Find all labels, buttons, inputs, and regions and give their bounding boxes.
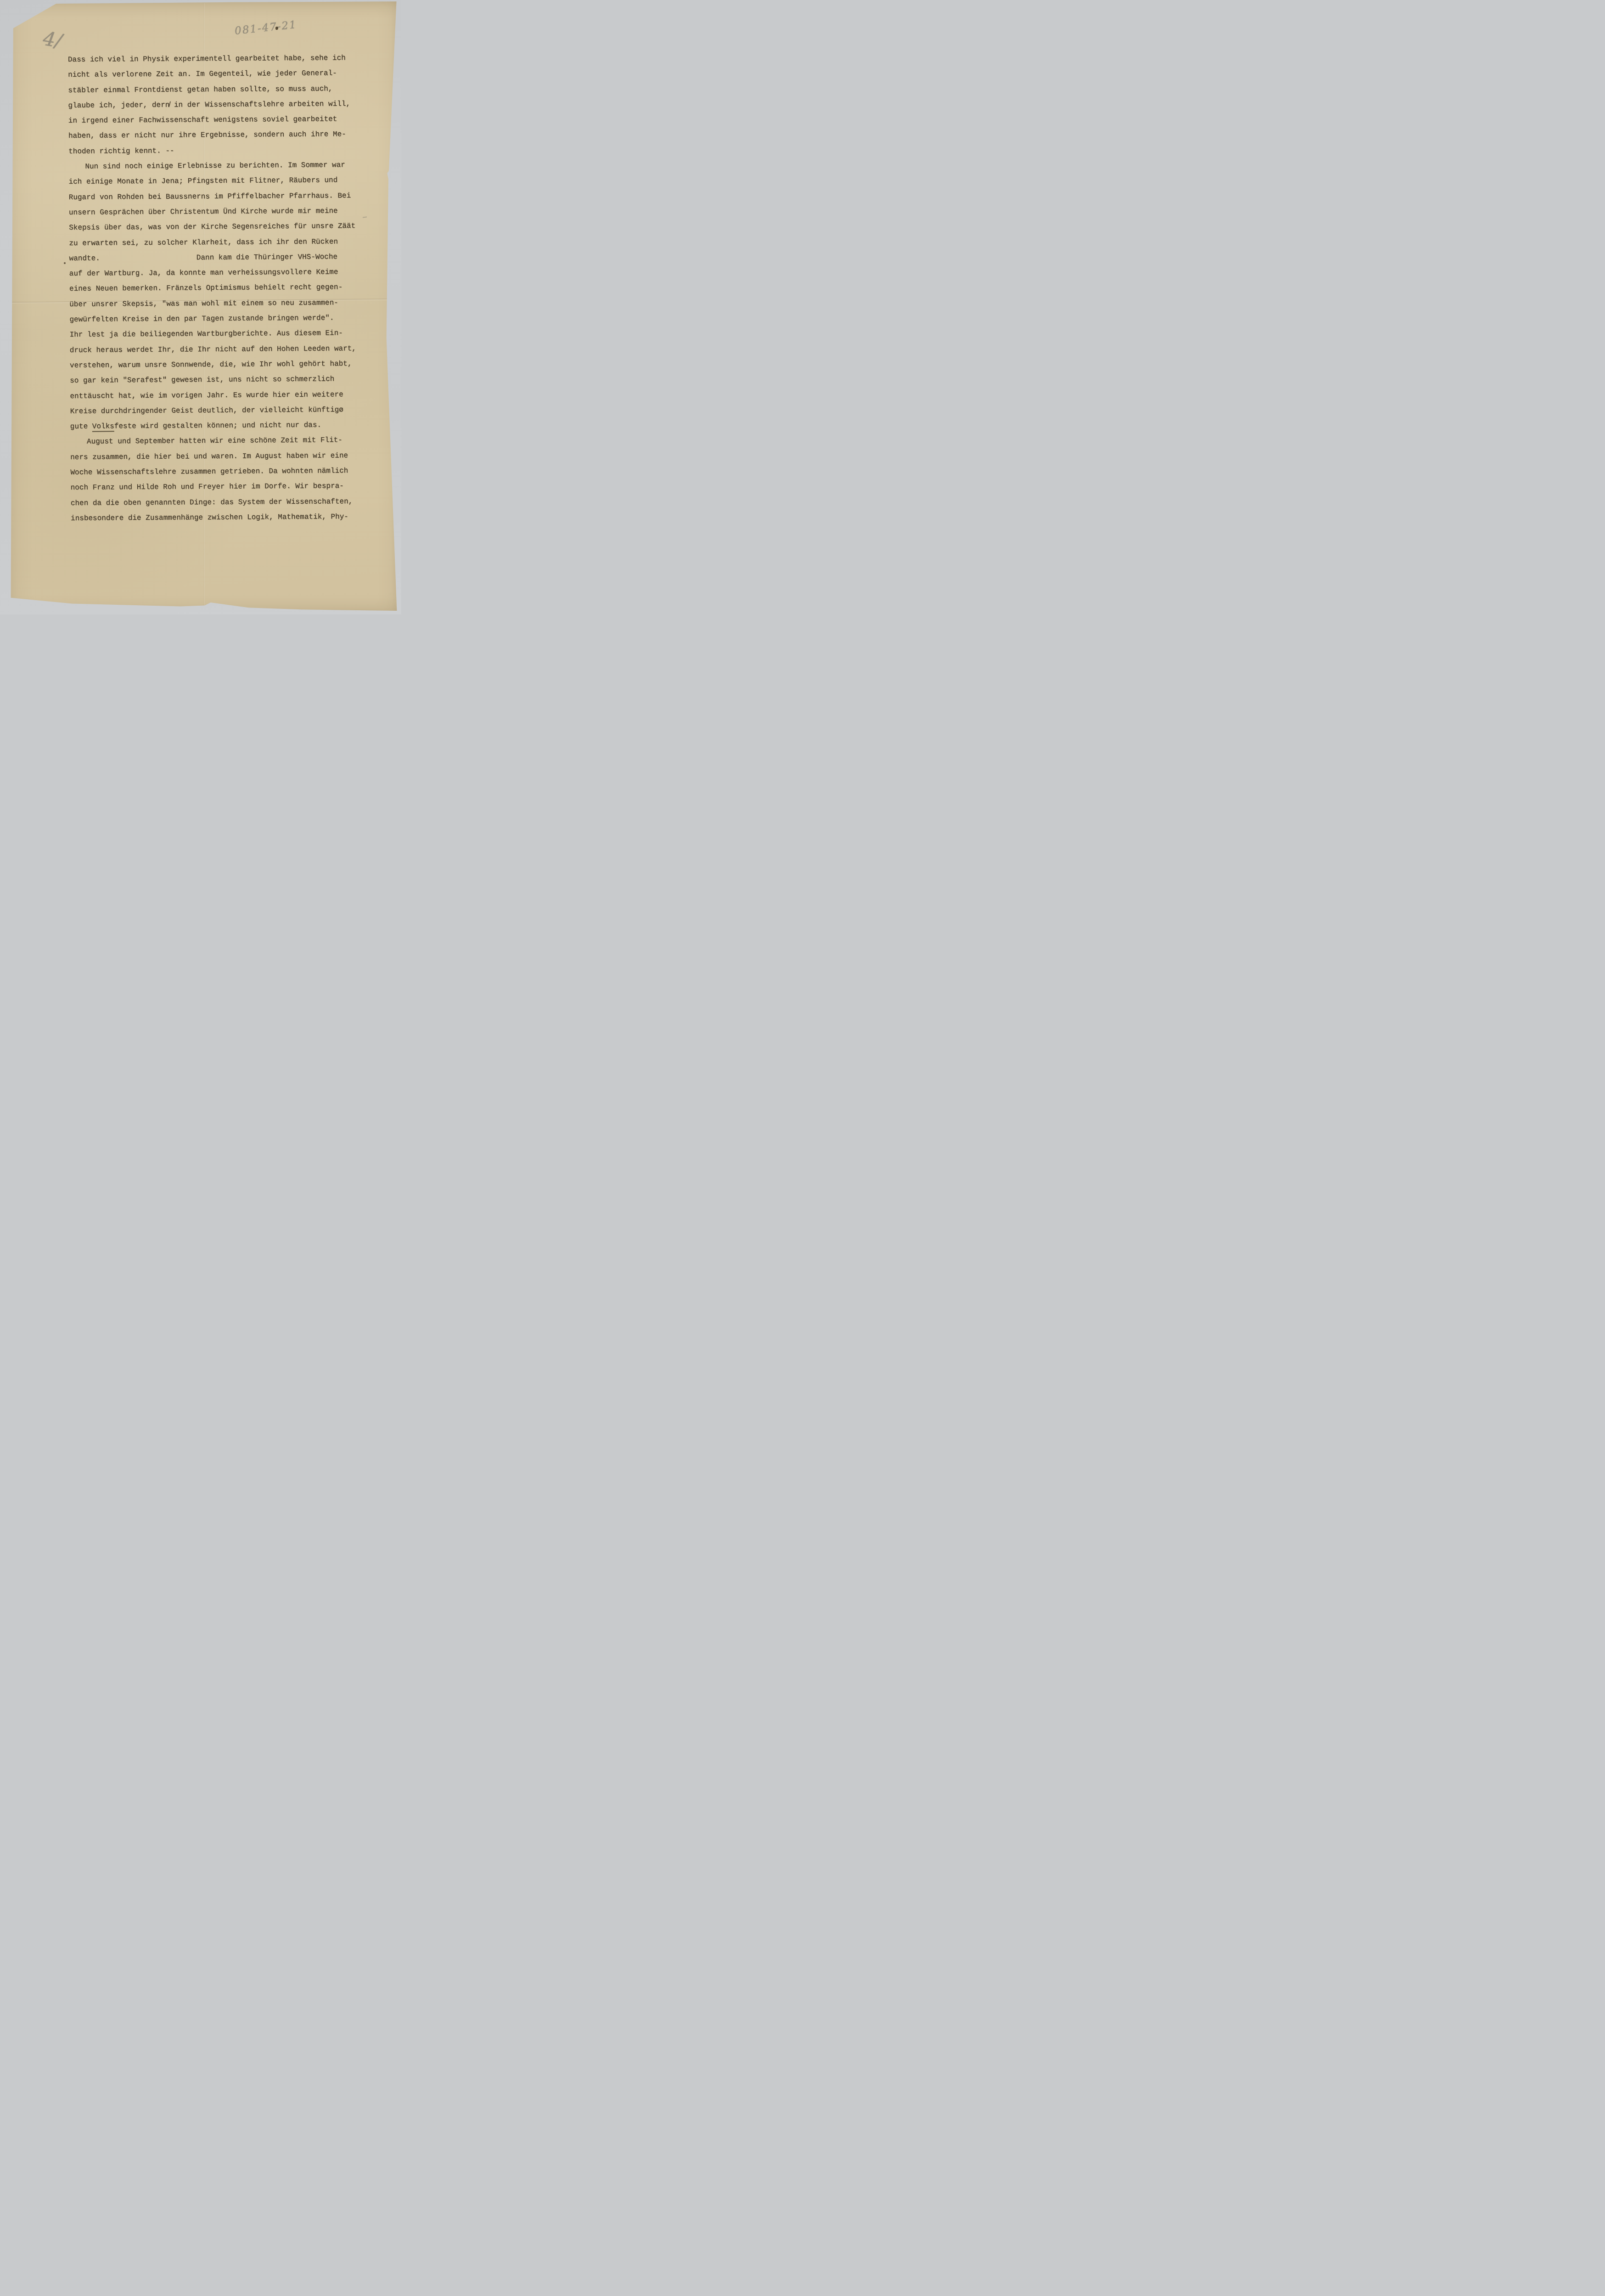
- letter-line: glaube ich, jeder, dern̸ in der Wissensc…: [68, 96, 362, 113]
- letter-line: enttäuscht hat, wie im vorigen Jahr. Es …: [70, 387, 364, 404]
- letter-line: Rugard von Rohden bei Baussnerns im Pfif…: [69, 188, 363, 205]
- letter-line: thoden richtig kennt. --: [68, 142, 362, 159]
- letter-text-segment: Dass ich viel in Physik experimentell ge…: [68, 54, 346, 64]
- letter-text-segment: in irgend einer Fachwissenschaft wenigst…: [68, 115, 337, 125]
- letter-text-segment: haben, dass er nicht nur ihre Ergebnisse…: [68, 130, 346, 141]
- letter-line: Ihr lest ja die beiliegenden Wartburgber…: [70, 326, 364, 343]
- pencil-margin-dash: [363, 217, 367, 218]
- ink-speck: [275, 27, 278, 30]
- letter-line: haben, dass er nicht nur ihre Ergebnisse…: [68, 127, 362, 144]
- letter-line: chen da die oben genannten Dinge: das Sy…: [71, 494, 365, 511]
- letter-line: eines Neuen bemerken. Fränzels Optimismu…: [69, 280, 363, 297]
- letter-line: druck heraus werdet Ihr, die Ihr nicht a…: [70, 341, 364, 358]
- letter-line: auf der Wartburg. Ja, da konnte man verh…: [69, 264, 363, 281]
- letter-line: gute Volksfeste wird gestalten können; u…: [70, 417, 364, 434]
- letter-line: Nun sind noch einige Erlebnisse zu beric…: [68, 158, 362, 174]
- letter-line: insbesondere die Zusammenhänge zwischen …: [71, 509, 365, 526]
- letter-line: Woche Wissenschaftslehre zusammen getrie…: [70, 463, 364, 480]
- letter-text-segment: enttäuscht hat, wie im vorigen Jahr. Es …: [70, 390, 343, 400]
- letter-text-segment: unsern Gesprächen über Christentum Ünd K…: [69, 207, 338, 217]
- letter-text-segment: gewürfelten Kreise in den par Tagen zust…: [69, 314, 334, 324]
- letter-text-segment: Rugard von Rohden bei Baussnerns im Pfif…: [69, 191, 351, 202]
- letter-text-segment: über unsrer Skepsis, "was man wohl mit e…: [69, 298, 338, 309]
- letter-line: nicht als verlorene Zeit an. Im Gegentei…: [68, 66, 362, 83]
- letter-line: Skepsis über das, was von der Kirche Seg…: [69, 219, 363, 236]
- letter-text-segment: chen da die oben genannten Dinge: das Sy…: [71, 497, 353, 507]
- letter-line: in irgend einer Fachwissenschaft wenigst…: [68, 112, 362, 129]
- letter-line: wandte.Dann kam die Thüringer VHS-Woche: [69, 249, 363, 266]
- letter-line: so gar kein "Serafest" gewesen ist, uns …: [70, 371, 364, 388]
- letter-line: verstehen, warum unsre Sonnwende, die, w…: [70, 356, 364, 373]
- letter-text-segment: Ihr lest ja die beiliegenden Wartburgber…: [70, 329, 343, 339]
- scanner-background: 4/ 081-47-21 Dass ich viel in Physik exp…: [0, 0, 401, 614]
- letter-text-segment: Kreise durchdringender Geist deutlich, d…: [70, 405, 343, 416]
- paper-sheet: 4/ 081-47-21 Dass ich viel in Physik exp…: [0, 0, 401, 614]
- letter-body: Dass ich viel in Physik experimentell ge…: [68, 51, 365, 526]
- letter-text-segment: Woche Wissenschaftslehre zusammen getrie…: [70, 467, 348, 477]
- pencil-page-number: 4/: [42, 27, 64, 52]
- letter-line: zu erwarten sei, zu solcher Klarheit, da…: [69, 234, 363, 251]
- letter-text-segment: druck heraus werdet Ihr, die Ihr nicht a…: [70, 344, 356, 355]
- letter-text-segment: wandte.: [69, 254, 100, 262]
- letter-line: über unsrer Skepsis, "was man wohl mit e…: [69, 295, 363, 312]
- pencil-archive-code: 081-47-21: [234, 19, 297, 37]
- letter-line: stäbler einmal Frontdienst getan haben s…: [68, 81, 362, 98]
- letter-line: unsern Gesprächen über Christentum Ünd K…: [69, 203, 363, 220]
- letter-text-segment: insbesondere die Zusammenhänge zwischen …: [71, 512, 348, 523]
- letter-line: noch Franz und Hilde Roh und Freyer hier…: [71, 478, 365, 495]
- letter-line: ners zusammen, die hier bei und waren. I…: [70, 448, 364, 465]
- letter-text-segment: Dann kam die Thüringer VHS-Woche: [196, 249, 337, 265]
- underlined-word: Volks: [92, 422, 114, 432]
- letter-line: August und September hatten wir eine sch…: [70, 433, 364, 450]
- letter-text-segment: noch Franz und Hilde Roh und Freyer hier…: [71, 482, 344, 492]
- letter-text-segment: verstehen, warum unsre Sonnwende, die, w…: [70, 360, 352, 370]
- letter-text-segment: stäbler einmal Frontdienst getan haben s…: [68, 84, 332, 95]
- letter-text-segment: so gar kein "Serafest" gewesen ist, uns …: [70, 375, 334, 385]
- letter-line: gewürfelten Kreise in den par Tagen zust…: [69, 310, 363, 327]
- letter-text-segment: Skepsis über das, was von der Kirche Seg…: [69, 222, 355, 232]
- letter-text-segment: glaube ich, jeder, dern̸ in der Wissensc…: [68, 100, 351, 110]
- letter-text-segment: zu erwarten sei, zu solcher Klarheit, da…: [69, 237, 338, 248]
- letter-line: Kreise durchdringender Geist deutlich, d…: [70, 402, 364, 419]
- letter-line: ich einige Monate in Jena; Pfingsten mit…: [68, 173, 362, 190]
- letter-line: Dass ich viel in Physik experimentell ge…: [68, 51, 362, 68]
- letter-text-segment: gute: [70, 422, 92, 431]
- letter-text-segment: auf der Wartburg. Ja, da konnte man verh…: [69, 268, 338, 278]
- letter-text-segment: ners zusammen, die hier bei und waren. I…: [70, 451, 348, 461]
- letter-text-segment: nicht als verlorene Zeit an. Im Gegentei…: [68, 69, 337, 79]
- letter-text-segment: ich einige Monate in Jena; Pfingsten mit…: [69, 176, 338, 186]
- letter-text-segment: eines Neuen bemerken. Fränzels Optimismu…: [69, 283, 342, 293]
- letter-text-segment: thoden richtig kennt. --: [68, 146, 174, 155]
- letter-text-segment: feste wird gestalten können; und nicht n…: [114, 421, 321, 431]
- letter-text-segment: August und September hatten wir eine sch…: [87, 436, 342, 446]
- letter-text-segment: Nun sind noch einige Erlebnisse zu beric…: [85, 161, 345, 170]
- stray-ink-dot: [64, 262, 66, 264]
